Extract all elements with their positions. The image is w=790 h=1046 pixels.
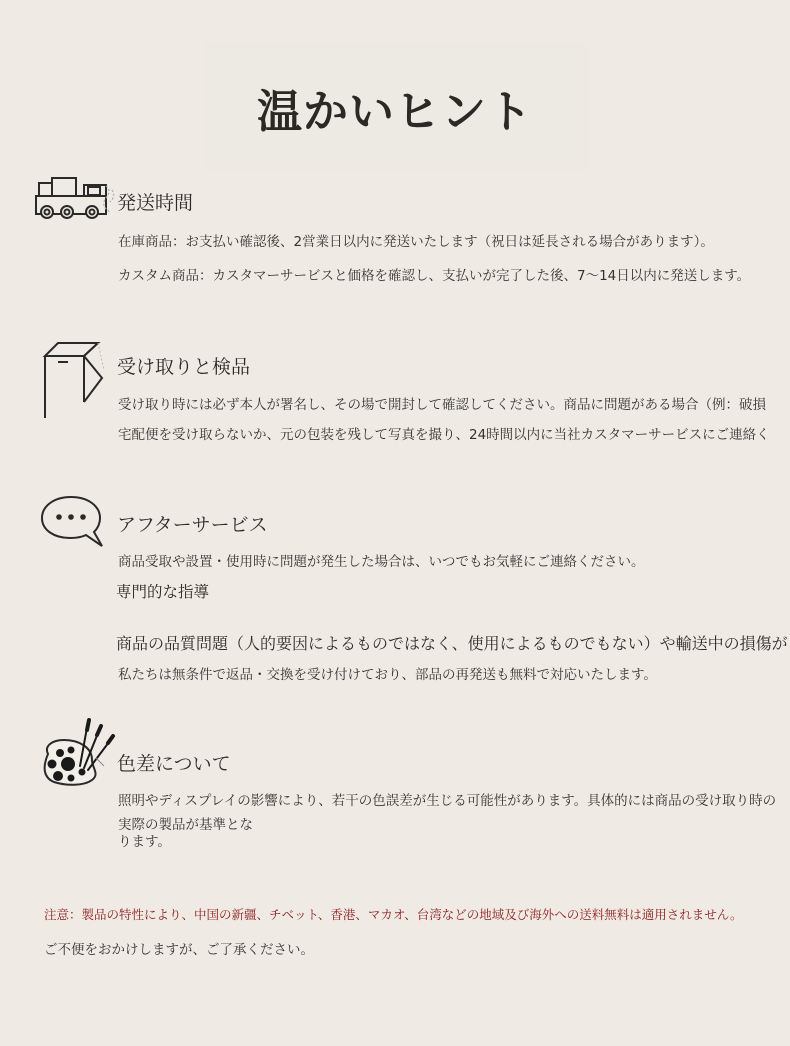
receiving-text-2: 宅配便を受け取らないか、元の包装を残して写真を撮り、24時間以内に当社カスタマー… xyxy=(118,426,770,444)
receiving-text-1: 受け取り時には必ず本人が署名し、その場で開封して確認してください。商品に問題があ… xyxy=(118,396,766,414)
section-title-after-sales: アフターサービス xyxy=(117,513,268,537)
shipping-notice: 注意：製品の特性により、中国の新疆、チベット、香港、マカオ、台湾などの地域及び海… xyxy=(44,906,743,924)
apology-text: ご不便をおかけしますが、ご了承ください。 xyxy=(44,941,314,959)
truck-icon xyxy=(34,176,118,222)
box-icon xyxy=(40,340,110,422)
palette-icon xyxy=(40,718,116,788)
color-difference-text: 照明やディスプレイの影響により、若干の色誤差が生じる可能性があります。具体的には… xyxy=(118,792,776,810)
page-title: 温かいヒント xyxy=(0,84,790,140)
after-sales-subheading: 専門的な指導 xyxy=(116,582,209,602)
shipping-stock-text: 在庫商品：お支払い確認後、2営業日以内に発送いたします（祝日は延長される場合があ… xyxy=(118,233,714,251)
color-difference-wrapped-text: 実際の製品が基準となります。 xyxy=(118,817,263,851)
shipping-custom-text: カスタム商品：カスタマーサービスと価格を確認し、支払いが完了した後、7〜14日以… xyxy=(118,267,750,285)
section-title-color-difference: 色差について xyxy=(117,752,231,776)
section-title-receiving: 受け取りと検品 xyxy=(117,355,250,379)
after-sales-text: 商品受取や設置・使用時に問題が発生した場合は、いつでもお気軽にご連絡ください。 xyxy=(118,553,645,571)
section-title-shipping: 発送時間 xyxy=(117,191,193,215)
after-sales-extra: 私たちは無条件で返品・交換を受け付けており、部品の再発送も無料で対応いたします。 xyxy=(118,666,657,684)
after-sales-highlight: 商品の品質問題（人的要因によるものではなく、使用によるものでもない）や輸送中の損… xyxy=(116,634,788,654)
speech-bubble-icon xyxy=(40,494,106,550)
